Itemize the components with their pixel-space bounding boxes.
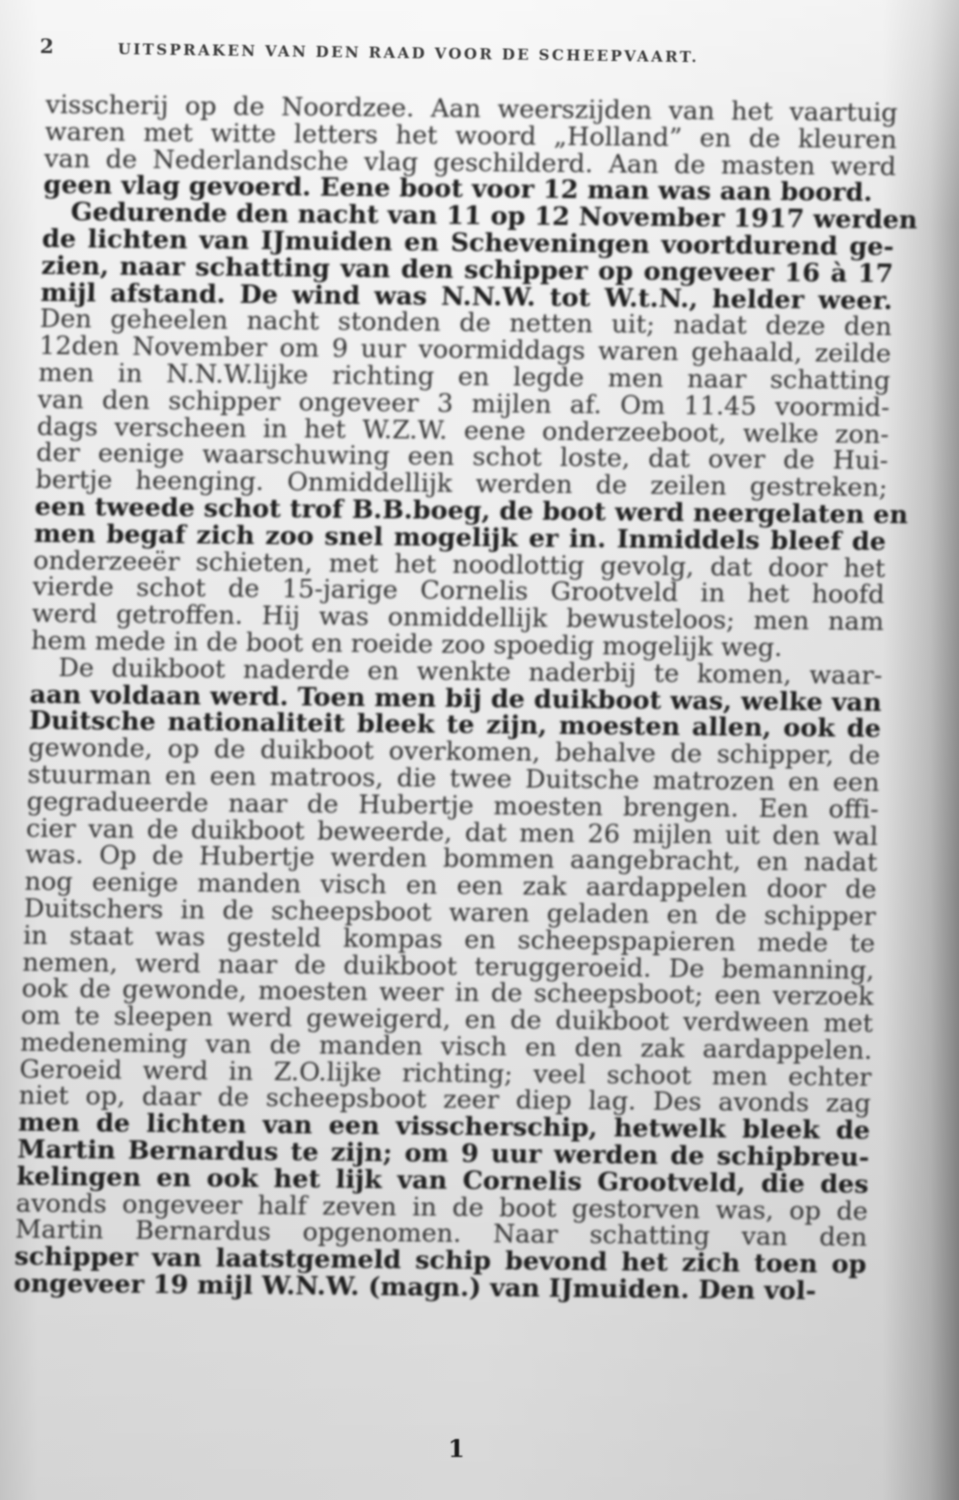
- body-text: visscherij op de Noordzee. Aan weerszijd…: [13, 92, 898, 1306]
- text-line: ongeveer 19 mijl W.N.W. (magn.) van IJmu…: [13, 1271, 866, 1306]
- running-header: 2UITSPRAKEN VAN DEN RAAD VOOR DE SCHEEPV…: [40, 34, 820, 69]
- document-page: 2UITSPRAKEN VAN DEN RAAD VOOR DE SCHEEPV…: [0, 0, 959, 1500]
- page-number: 2: [40, 34, 118, 59]
- signature-mark: 1: [448, 1434, 465, 1463]
- running-title: UITSPRAKEN VAN DEN RAAD VOOR DE SCHEEPVA…: [118, 40, 699, 66]
